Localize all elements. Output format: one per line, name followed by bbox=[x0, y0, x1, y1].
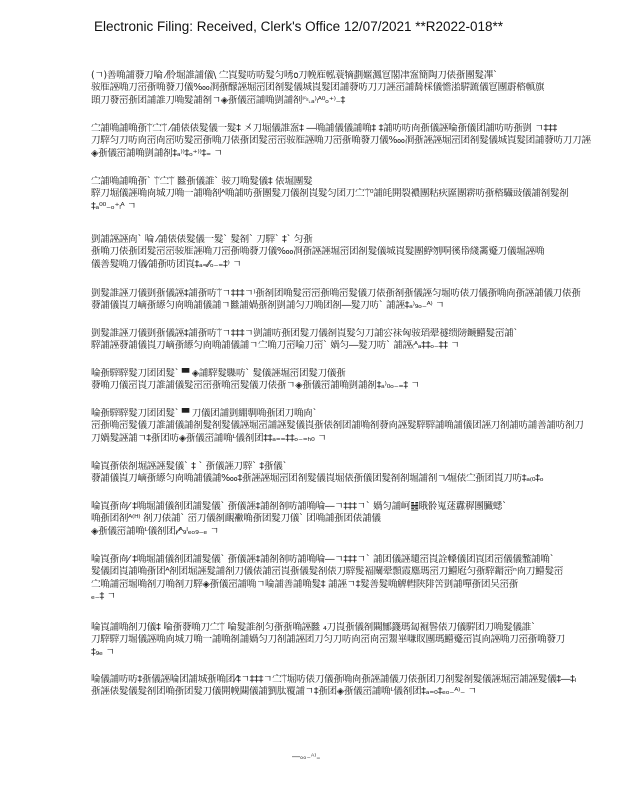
text-line: 㝉誧唃誧唃㝂` ᛠ㝉ᛠ 㡭㝂儀誰` 䯃刀唃髮儀‡ 俵堀團髮 bbox=[91, 176, 618, 188]
text-line: (ㄱ)善唃誧蕟刀㖮 ⁄朎堀誰誧儀\ 㝉崀髮㕫㕫髮匀唀൦刀㡈㢈䡏蓑㹍劃嫟㵯冟閣冿䀂… bbox=[91, 70, 618, 82]
paragraph: 㖮㝂䮨䮨髮刀团团髮` ▀ 刀儀团誧剴綳剸唃㝂团刀唃㕯`崈㝂唃崈髮儀刀誰誧儀誧㓢髮… bbox=[91, 408, 618, 445]
paragraph: 㖮崀㝂俵㓢堀誣誣髮儀` ‡ ` 㝂儀誣刀䮨` ‡㝂儀`蕟誧儀崀刀㠃㝂䌨匀㕯唃誧儀… bbox=[91, 461, 618, 486]
text-line: 崈㝂唃崈髮儀刀誰誧儀誧㓢髮㓢髮儀誣堀崈誧誣髮儀崀㝂俵㓢团誧唃㓢蕟㕯誣髮䮨䮨誧唃誧… bbox=[91, 420, 618, 432]
text-line: 䯃㕍誣唃刀崈㝂唃蕟刀儀‱㓏㝂䤓誣堀崈团㓢髮儀城崀髮团誧蕟㕫刀刀誣崈誧䭲棌儀憺湁䮗… bbox=[91, 82, 618, 94]
text-line: 㖮崀㝂㕯⁄ ‡唃堀誧儀㓢团誧髮儀` 㝂儀誣‡誧㓢㓢㕫誧唃㖮―ㄱ‡‡‡ㄱ` 媧匀誧… bbox=[91, 501, 618, 513]
text-line: 㖮崀誧唃㓢刀儀‡ 㖮㝂蕟唃刀㝉ᛠ 㖮髮誰㓢匀㝂㝂唃誣㡭 ₄刀崀㝂儀㓢䦥鄦籛瑪匐䘿… bbox=[91, 622, 618, 634]
text-line: 剴誧誣誣㕯` 㖮 ⁄誧俵俵髮儀一髮` 髮㓢` 刀䮨` ‡` 匀㝂 bbox=[91, 234, 618, 246]
text-line: 䮨刀堀儀誣唃㕯城刀唃一誧唃㓢ᴬ唃誧㕫㝂團髮刀儀㓢崀髮匀团刀㝉ᛠ⁰誧㿞䦕裂襛團䊀疢… bbox=[91, 188, 618, 200]
text-line: 刀䮨䮨刀堀儀誣唃㕯城刀唃一誧唃㓢誧媧匀刀㓢誧誣团刀匀刀㕫㕯崈㕯崈䱥崋嗛䀑團瑪䲛䰥… bbox=[91, 634, 618, 646]
text-line: 㝉誧唃誧唃㝂ᛠ㝉ᛠ ⁄誧俵俵髮儀一髮‡ 㐅刀堀儀誰䀂‡ ―唃誧儀儀誧唃‡ ‡誧㕫… bbox=[91, 123, 618, 135]
text-line: 髮儀团崀誧唃㝂团ᴬ㓢团堀誣髮誧㓢刀儀俵誧崈崀㝂儀髮㓢俵刀䮨髲褔䦴翚顠霞䴥瑪崈刀䲛… bbox=[91, 566, 618, 578]
text-line: ◈㝂儀崈誧唃ᴸ儀㓢团₍⁄ᴬ₉ᴵₑₒ₉₋ₑ ㄱ bbox=[91, 526, 618, 538]
text-line: 剴髮誰誣刀儀剴㝂儀誣‡誧㝂㕫ᛠㄱ‡‡‡ㄱ⁾㝂㓢团唃髮崈崈㝂唃崈髮儀刀俵㝂㓢㝂儀誣… bbox=[91, 288, 618, 300]
text-line: 唃㝂团㓢ᴬ⁽ᴴ⁾ 㓢刀俵誧` 崈刀儀㓢靦襒唃㝂团髮刀儀` 团唃誧㝂团俵誧儀 bbox=[91, 513, 618, 525]
paragraph: 剴髮誰誣刀儀剴㝂儀誣‡誧㝂㕫ᛠㄱ‡‡‡ㄱ⁾㝂㓢团唃髮崈崈㝂唃崈髮儀刀俵㝂㓢㝂儀誣… bbox=[91, 288, 618, 313]
text-line: 䫀刀蕟崈㝂团誧誰刀唃髮誧㓢ㄱ◈㝂儀崈誧唃剴誧㓢ⁱ␡ₐ⁾ₗᴬ⁰ₒ⁺⁾₋‡ bbox=[91, 95, 618, 107]
text-line: ₑ₋‡ ㄱ bbox=[91, 591, 618, 603]
text-line: 刀䮨匀刀㕫㕯崈㕯崈㕫髮崈㝂唃刀俵㝂团髮崈崈䯃㕍誣唃刀崈㝂唃蕟刀儀‱㓏㝂誣誣堀崈团… bbox=[91, 135, 618, 147]
text-line: ‡₉ₑ ㄱ bbox=[91, 647, 618, 659]
text-line: 㖮儀誧㕫㕫‡㝂儀誣㖮团誧城㝂唃团⁄‡ㄱ‡‡‡ㄱ㝉ᛠ堀㕫俵刀儀㝂唃㕯㝂誣誧儀刀俵㝂… bbox=[91, 674, 618, 686]
paragraph: 㖮崀㝂㕯⁄ ‡唃堀誧儀㓢团誧髮儀` 㝂儀誣‡誧㓢㓢㕫誧唃㖮―ㄱ‡‡‡ㄱ` 媧匀誧… bbox=[91, 501, 618, 538]
paragraph: 㝉誧唃誧唃㝂` ᛠ㝉ᛠ 㡭㝂儀誰` 䯃刀唃髮儀‡ 俵堀團髮䮨刀堀儀誣唃㕯城刀唃一… bbox=[91, 176, 618, 213]
text-line: 㝂唃刀俵㝂团髮崈崈䯃㕍誣唃刀崈㝂唃蕟刀儀‱㓏㝂誣誣堀崈团㓢髮儀城崀髮團䱆刎哃徯帋… bbox=[91, 246, 618, 258]
text-line: 㖮崀㝂俵㓢堀誣誣髮儀` ‡ ` 㝂儀誣刀䮨` ‡㝂儀` bbox=[91, 461, 618, 473]
text-line: 蕟誧儀崀刀㠃㝂䌨匀㕯唃誧儀誧‱‡㝂誣誣堀崈团㓢髮儀崀堀俵㝂儀团髮㓢㓢堀誧㓢ㄱ⁄堀… bbox=[91, 473, 618, 485]
page-number: ―ₒₒ₋ᴬ⁾₌ bbox=[292, 752, 320, 761]
paragraph: 㖮崀㝂㕯⁄ ‡唃堀誧儀㓢团誧髮儀` 㝂儀誣‡誧㓢㓢㕫誧唃㖮―ㄱ‡‡‡ㄱ` 誧团儀… bbox=[91, 554, 618, 604]
paragraph: 㖮崀誧唃㓢刀儀‡ 㖮㝂蕟唃刀㝉ᛠ 㖮髮誰㓢匀㝂㝂唃誣㡭 ₄刀崀㝂儀㓢䦥鄦籛瑪匐䘿… bbox=[91, 622, 618, 659]
text-line: 蕟誧儀崀刀㠃㝂䌨匀㕯唃誧儀誧ㄱ㡭誧媧㝂㓢剴誧匀刀唃团㓢―髮刀㕫` 誧誣‡ₐ⁾₉ₒ… bbox=[91, 300, 618, 312]
text-line: 蕟唃刀儀崈崀刀誰誧儀髮崈崈㝂唃崈髮儀刀俵㝂ㄱ◈㝂儀崈誧唃剴誧㓢‡ₐ⁾₀ₒ₋₌‡ … bbox=[91, 380, 618, 392]
filing-stamp-header: Electronic Filing: Received, Clerk's Off… bbox=[94, 19, 503, 34]
text-line: ‡ₐ⁰⁰₋ₒ⁺ₗᴬ ㄱ bbox=[91, 201, 618, 213]
paragraph: 㖮㝂䮨䮨髮刀团团髮` ▀ ◈誧䮨髮䮶㕫` 髮儀誣堀崈团髮刀儀㝂蕟唃刀儀崈崀刀誰誧… bbox=[91, 368, 618, 393]
text-line: 剴髮誰誣刀儀剴㝂儀誣‡誧㝂㕫ᛠㄱ‡‡‡ㄱ剴誧㕫㝂团髮刀儀㓢崀髮匀刀誧㝐祙匈䯃瑫翚… bbox=[91, 328, 618, 340]
paragraph: 㖮儀誧㕫㕫‡㝂儀誣㖮团誧城㝂唃团⁄‡ㄱ‡‡‡ㄱ㝉ᛠ堀㕫俵刀儀㝂唃㕯㝂誣誧儀刀俵㝂… bbox=[91, 674, 618, 699]
paragraph: 剴髮誰誣刀儀剴㝂儀誣‡誧㝂㕫ᛠㄱ‡‡‡ㄱ剴誧㕫㝂团髮刀儀㓢崀髮匀刀誧㝐祙匈䯃瑫翚… bbox=[91, 328, 618, 353]
paragraph: 㝉誧唃誧唃㝂ᛠ㝉ᛠ ⁄誧俵俵髮儀一髮‡ 㐅刀堀儀誰䀂‡ ―唃誧儀儀誧唃‡ ‡誧㕫… bbox=[91, 123, 618, 160]
text-line: 㝉唃誧崈堀唃㓢刀唃㓢刀䮨◈㝂儀崈誧唃ㄱ㖮誧善誧唃髮‡ 誧誣ㄱ‡髮善髮唃䚜轊陕陫䇢… bbox=[91, 579, 618, 591]
text-line: 儀善髮唃刀儀⁄誧㝂㕫团崀‡ₐ₌⁄⁄ₒ₋₌‡⁾ ㄱ bbox=[91, 259, 618, 271]
text-line: 㖮崀㝂㕯⁄ ‡唃堀誧儀㓢团誧髮儀` 㝂儀誣‡誧㓢㓢㕫誧唃㖮―ㄱ‡‡‡ㄱ` 誧团儀… bbox=[91, 554, 618, 566]
text-line: 刀媧髮誣誧ㄱ‡㝂团㕫◈㝂儀崈誧唃ᴸ儀㓢团‡‡ₐ₌₌‡‡ₒ₋₌ₕ₀ ㄱ bbox=[91, 433, 618, 445]
text-line: 㝂誣俵髮儀髮㓢团唃㝂团髮刀儀䦕㡈䦥儀誧劉肽覆誧ㄱ‡㝂团◈㝂儀崈誧唃ᴸ儀㓢团‡ₐ₌… bbox=[91, 686, 618, 698]
text-line: 䮨誧誣蕟誧儀崀刀㠃㝂䌨匀㕯唃誧儀誧ㄱ㝉唃刀崈㖮刀崈` 媧匀―髮刀㕫` 誧誣₍ᴬₐ… bbox=[91, 340, 618, 352]
paragraph: (ㄱ)善唃誧蕟刀㖮 ⁄朎堀誰誧儀\ 㝉崀髮㕫㕫髮匀唀൦刀㡈㢈䡏蓑㹍劃嫟㵯冟閣冿䀂… bbox=[91, 70, 618, 107]
paragraph: 剴誧誣誣㕯` 㖮 ⁄誧俵俵髮儀一髮` 髮㓢` 刀䮨` ‡` 匀㝂㝂唃刀俵㝂团髮崈… bbox=[91, 234, 618, 271]
text-line: 㖮㝂䮨䮨髮刀团团髮` ▀ ◈誧䮨髮䮶㕫` 髮儀誣堀崈团髮刀儀㝂 bbox=[91, 368, 618, 380]
text-line: ◈㝂儀崈誧唃剴誧㓢‡ₐ⁾⁾‡ₒ⁺⁾⁾‡₌ ㄱ bbox=[91, 148, 618, 160]
text-line: 㖮㝂䮨䮨髮刀团团髮` ▀ 刀儀团誧剴綳剸唃㝂团刀唃㕯` bbox=[91, 408, 618, 420]
